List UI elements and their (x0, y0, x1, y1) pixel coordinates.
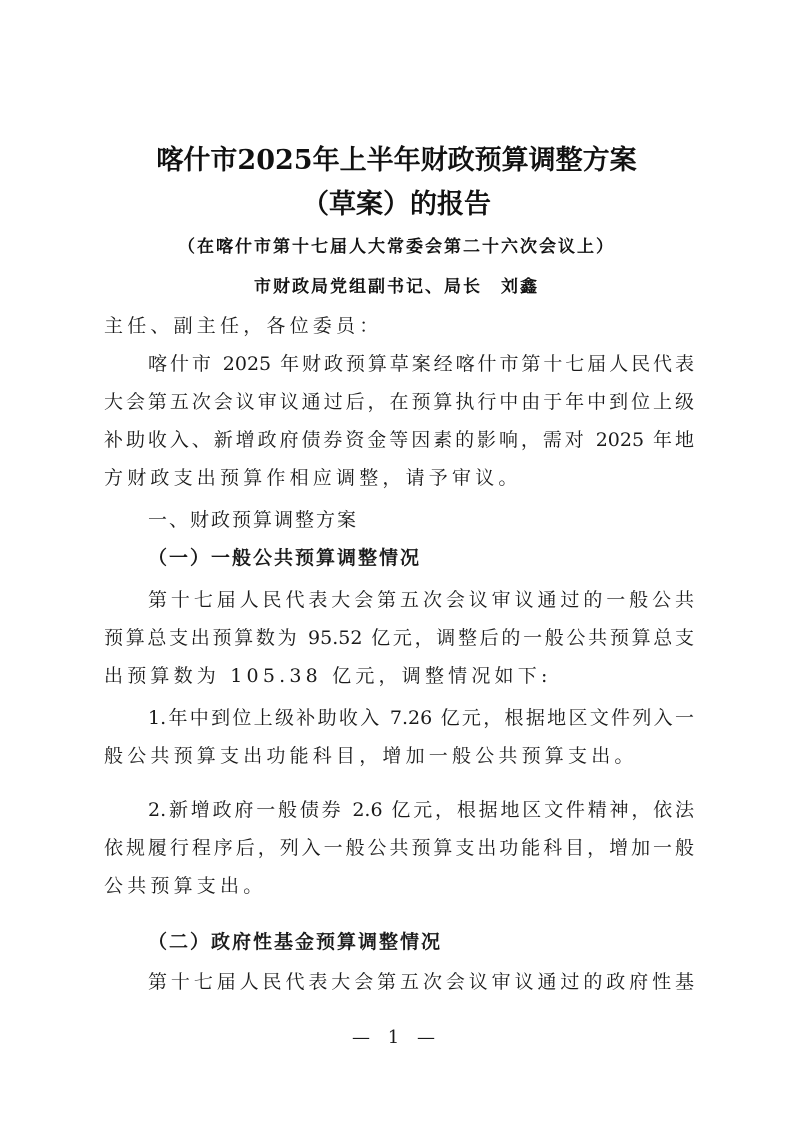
meeting-subtitle: （在喀什市第十七届人大常委会第二十六次会议上） (0, 232, 793, 257)
subsection-heading: （二）政府性基金预算调整情况 (148, 930, 694, 954)
item-line: 公共预算支出。 (104, 874, 694, 898)
item-line: 般公共预算支出功能科目，增加一般公共预算支出。 (104, 744, 694, 768)
paragraph-line: 第十七届人民代表大会第五次会议审议通过的一般公共 (148, 588, 694, 612)
item-line: 依规履行程序后，列入一般公共预算支出功能科目，增加一般 (104, 836, 694, 860)
speaker-line: 市财政局党组副书记、局长 刘鑫 (0, 272, 793, 297)
paragraph-line: 预算总支出预算数为 95.52 亿元，调整后的一般公共预算总支 (104, 626, 694, 650)
section-heading: 一、财政预算调整方案 (148, 508, 694, 532)
document-page: 喀什市2025年上半年财政预算调整方案 （草案）的报告 （在喀什市第十七届人大常… (0, 0, 793, 1122)
intro-line: 喀什市 2025 年财政预算草案经喀什市第十七届人民代表 (148, 352, 694, 376)
intro-line: 方财政支出预算作相应调整，请予审议。 (104, 466, 694, 490)
paragraph-line: 第十七届人民代表大会第五次会议审议通过的政府性基 (148, 970, 694, 994)
paragraph-line: 出预算数为 105.38 亿元，调整情况如下: (104, 664, 694, 688)
document-title-line1: 喀什市2025年上半年财政预算调整方案 (0, 138, 793, 177)
item-line: 2.新增政府一般债券 2.6 亿元，根据地区文件精神，依法 (148, 798, 694, 822)
intro-line: 大会第五次会议审议通过后，在预算执行中由于年中到位上级 (104, 390, 694, 414)
intro-line: 补助收入、新增政府债券资金等因素的影响，需对 2025 年地 (104, 428, 694, 452)
document-title-line2: （草案）的报告 (0, 182, 793, 221)
salutation: 主任、副主任，各位委员： (104, 314, 694, 338)
subsection-heading: （一）一般公共预算调整情况 (148, 546, 694, 570)
page-number: — 1 — (0, 1027, 793, 1048)
item-line: 1.年中到位上级补助收入 7.26 亿元，根据地区文件列入一 (148, 706, 694, 730)
